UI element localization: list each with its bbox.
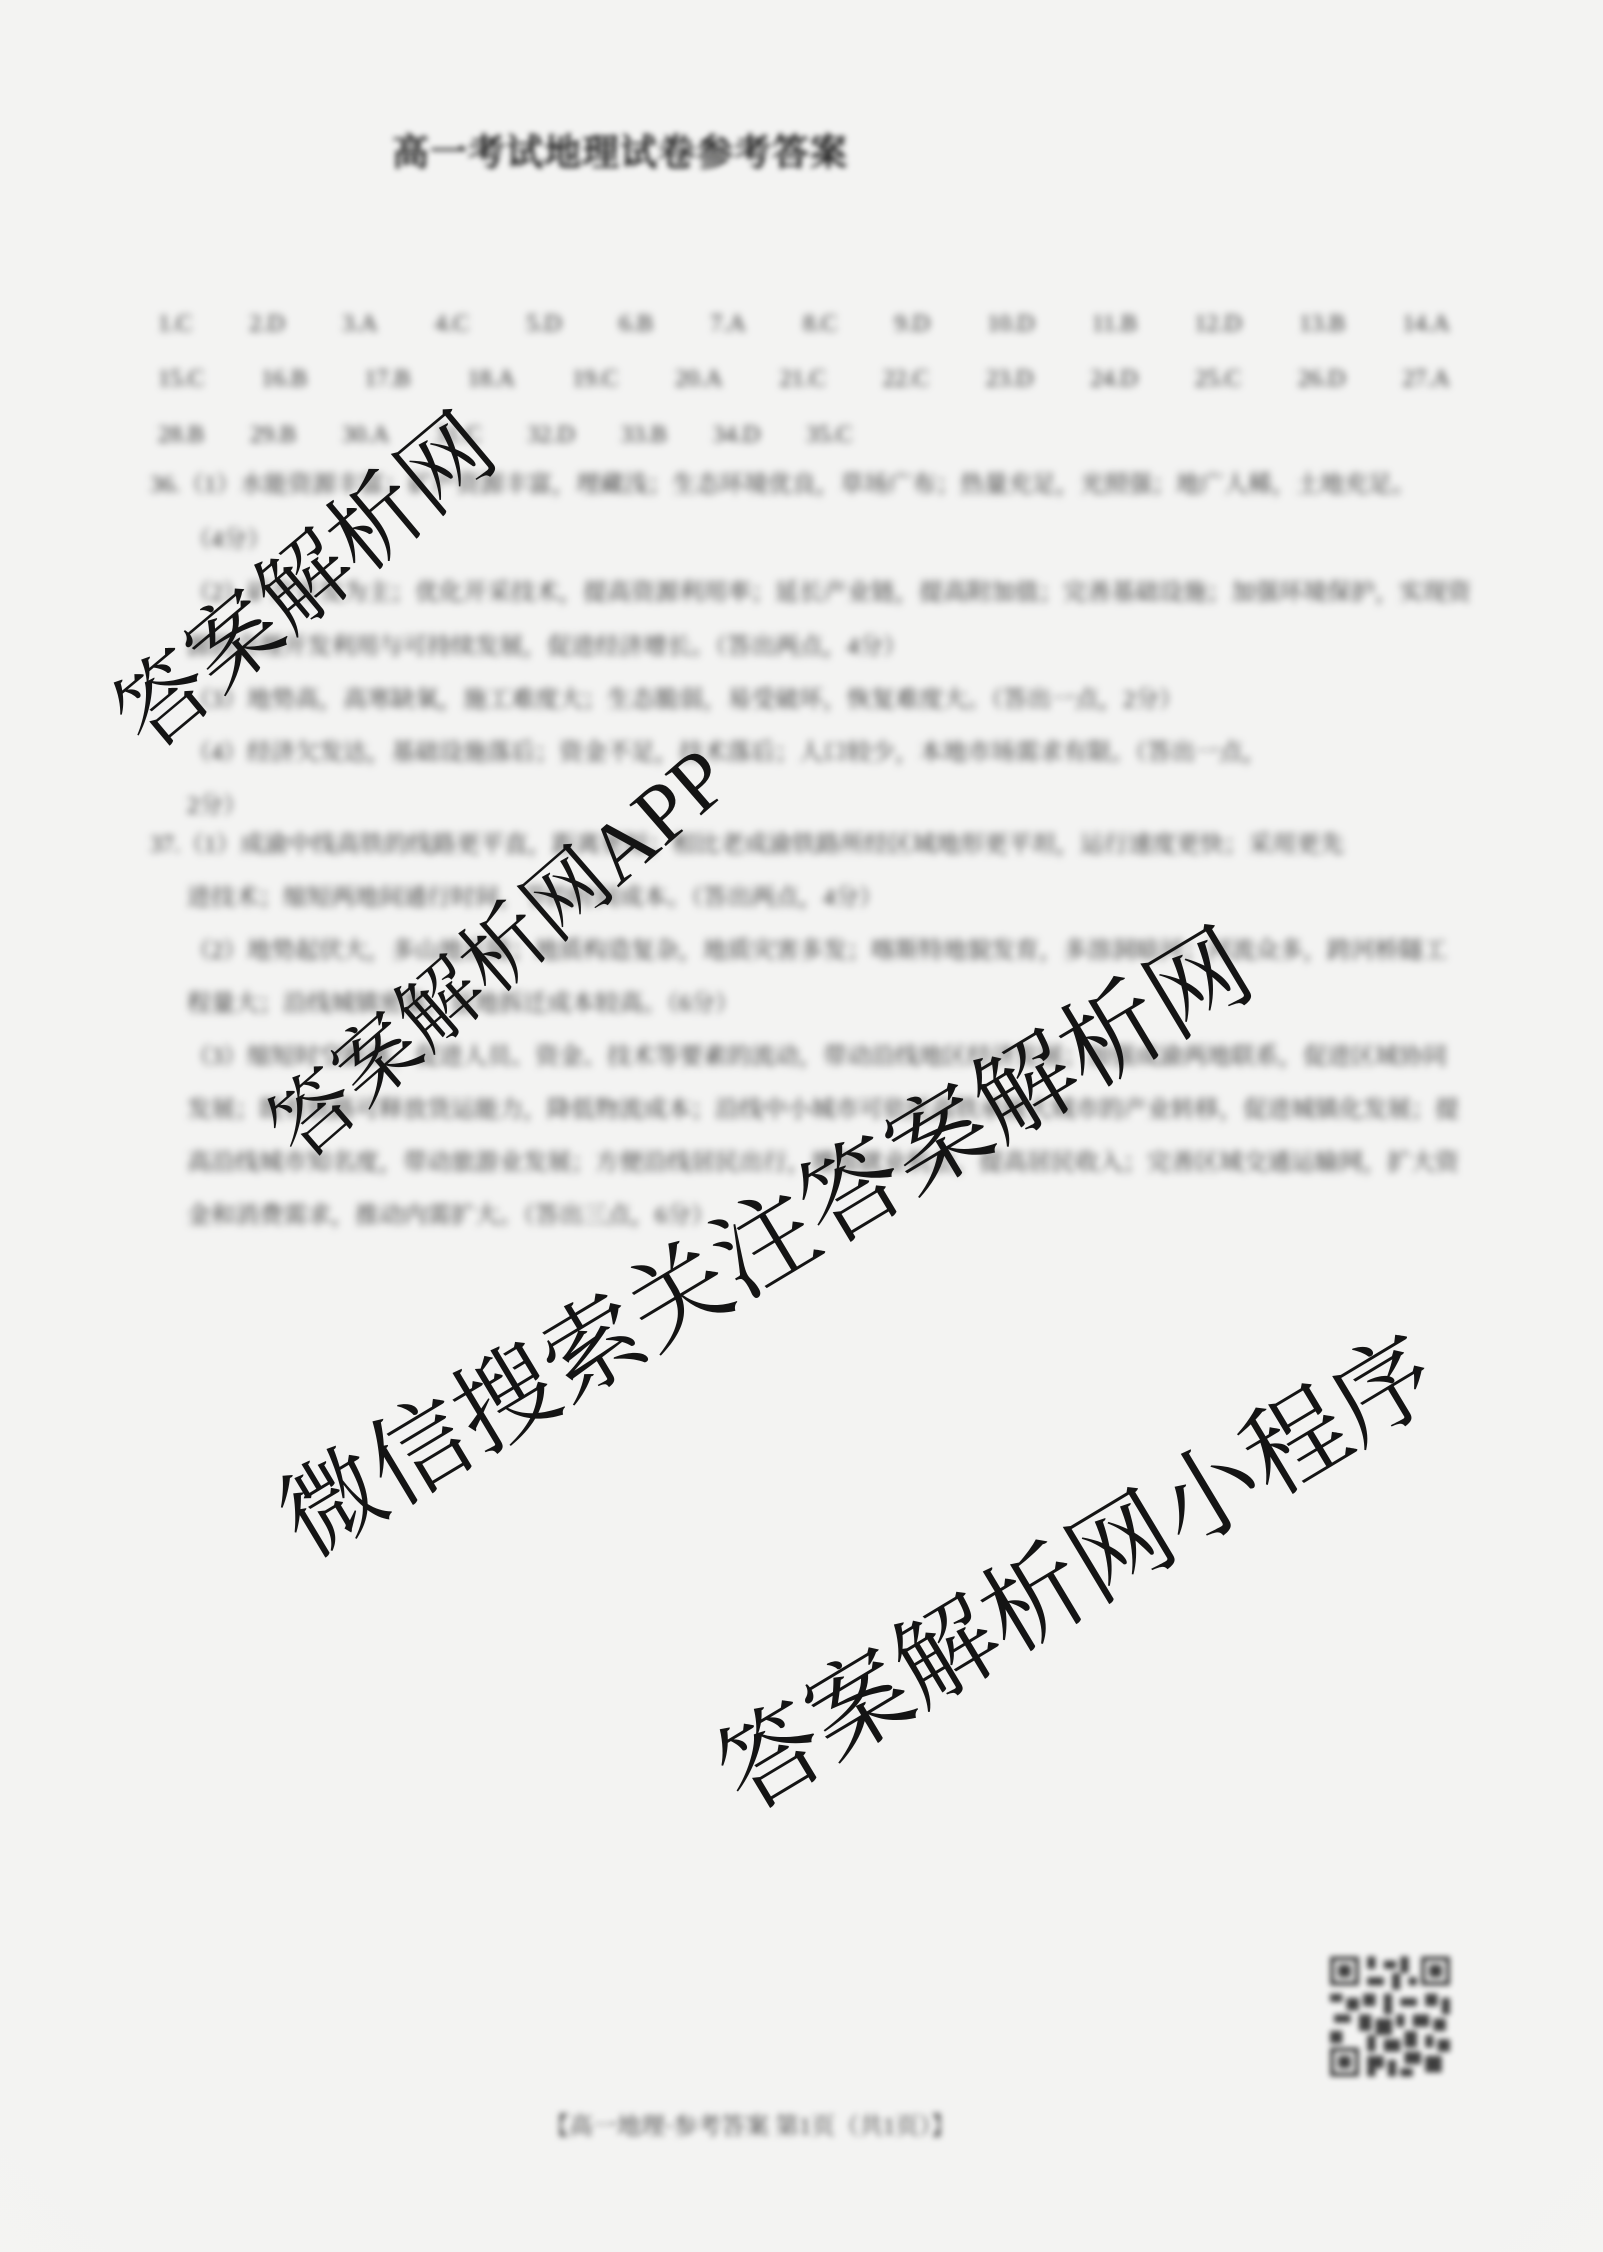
answer-item: 21.C xyxy=(780,366,826,393)
answer-item: 5.D xyxy=(526,311,561,338)
q37-answer-line: 37.（1）成渝中线高铁的线路更平直，距离更短；相比老成渝铁路所经区域地形更平坦… xyxy=(150,829,1344,861)
answer-item: 22.C xyxy=(883,366,929,393)
q36-answer-line: 2分） xyxy=(187,790,247,822)
answer-item: 9.D xyxy=(894,311,929,338)
answer-item: 18.A xyxy=(467,366,514,393)
exam-title: 高一考试地理试卷参考答案 xyxy=(392,122,844,176)
answer-item: 28.B xyxy=(158,422,204,449)
answer-item: 2.D xyxy=(249,311,284,338)
answer-item: 13.B xyxy=(1299,311,1345,338)
answer-key-row-1: 1.C2.D3.A4.C5.D6.B7.A8.C9.D10.D11.B12.D1… xyxy=(158,311,1450,338)
answer-item: 29.B xyxy=(250,422,296,449)
answer-item: 4.C xyxy=(435,311,469,338)
answer-item: 20.A xyxy=(675,366,722,393)
answer-item: 19.C xyxy=(572,366,618,393)
q37-answer-line: 金和消费需求，推动内需扩大。（答出三点，6分） xyxy=(187,1200,715,1232)
answer-item: 16.B xyxy=(261,366,307,393)
answer-item: 14.A xyxy=(1402,311,1449,338)
answer-item: 15.C xyxy=(158,366,204,393)
answer-item: 1.C xyxy=(158,311,192,338)
q37-answer-line: （2）地势起伏大，多山地丘陵；地质构造复杂，地质灾害多发；喀斯特地貌发育，多溶洞… xyxy=(187,935,1447,967)
answer-item: 10.D xyxy=(987,311,1034,338)
answer-item: 6.B xyxy=(619,311,653,338)
answer-item: 17.B xyxy=(364,366,410,393)
answer-item: 27.A xyxy=(1403,366,1450,393)
answer-item: 30.A xyxy=(342,422,389,449)
answer-item: 7.A xyxy=(710,311,745,338)
q36-answer-line: （4）经济欠发达，基础设施落后；资金不足，技术落后；人口较少，本地市场需求有限。… xyxy=(187,737,1267,769)
answer-key-row-3: 28.B29.B30.A31.C32.D33.B34.D35.C xyxy=(158,422,1450,449)
answer-key-row-2: 15.C16.B17.B18.A19.C20.A21.C22.C23.D24.D… xyxy=(158,366,1450,393)
answer-item: 32.D xyxy=(527,422,574,449)
answer-item: 12.D xyxy=(1194,311,1241,338)
answer-item: 26.D xyxy=(1298,366,1345,393)
watermark-mini-program: 答案解析网小程序 xyxy=(703,1321,1455,1829)
q36-answer-line: （3）地势高，高寒缺氧，施工难度大；生态脆弱，易受破坏，恢复难度大。（答出一点，… xyxy=(187,684,1183,716)
answer-item: 33.B xyxy=(621,422,667,449)
answer-item: 11.B xyxy=(1092,311,1137,338)
answer-item: 23.D xyxy=(986,366,1033,393)
answer-item: 25.C xyxy=(1195,366,1241,393)
answer-item: 34.D xyxy=(713,422,760,449)
scanned-answer-sheet-page: 高一考试地理试卷参考答案 1.C2.D3.A4.C5.D6.B7.A8.C9.D… xyxy=(0,0,1603,2252)
q36-answer-line: （4分） xyxy=(187,524,271,556)
answer-item: 24.D xyxy=(1090,366,1137,393)
answer-item: 8.C xyxy=(803,311,837,338)
answer-item: 3.A xyxy=(342,311,377,338)
page-footer: 【高一地理·参考答案 第1页（共1页）】 xyxy=(545,2106,955,2141)
answer-item: 35.C xyxy=(806,422,852,449)
qr-code-icon xyxy=(1330,1953,1450,2080)
